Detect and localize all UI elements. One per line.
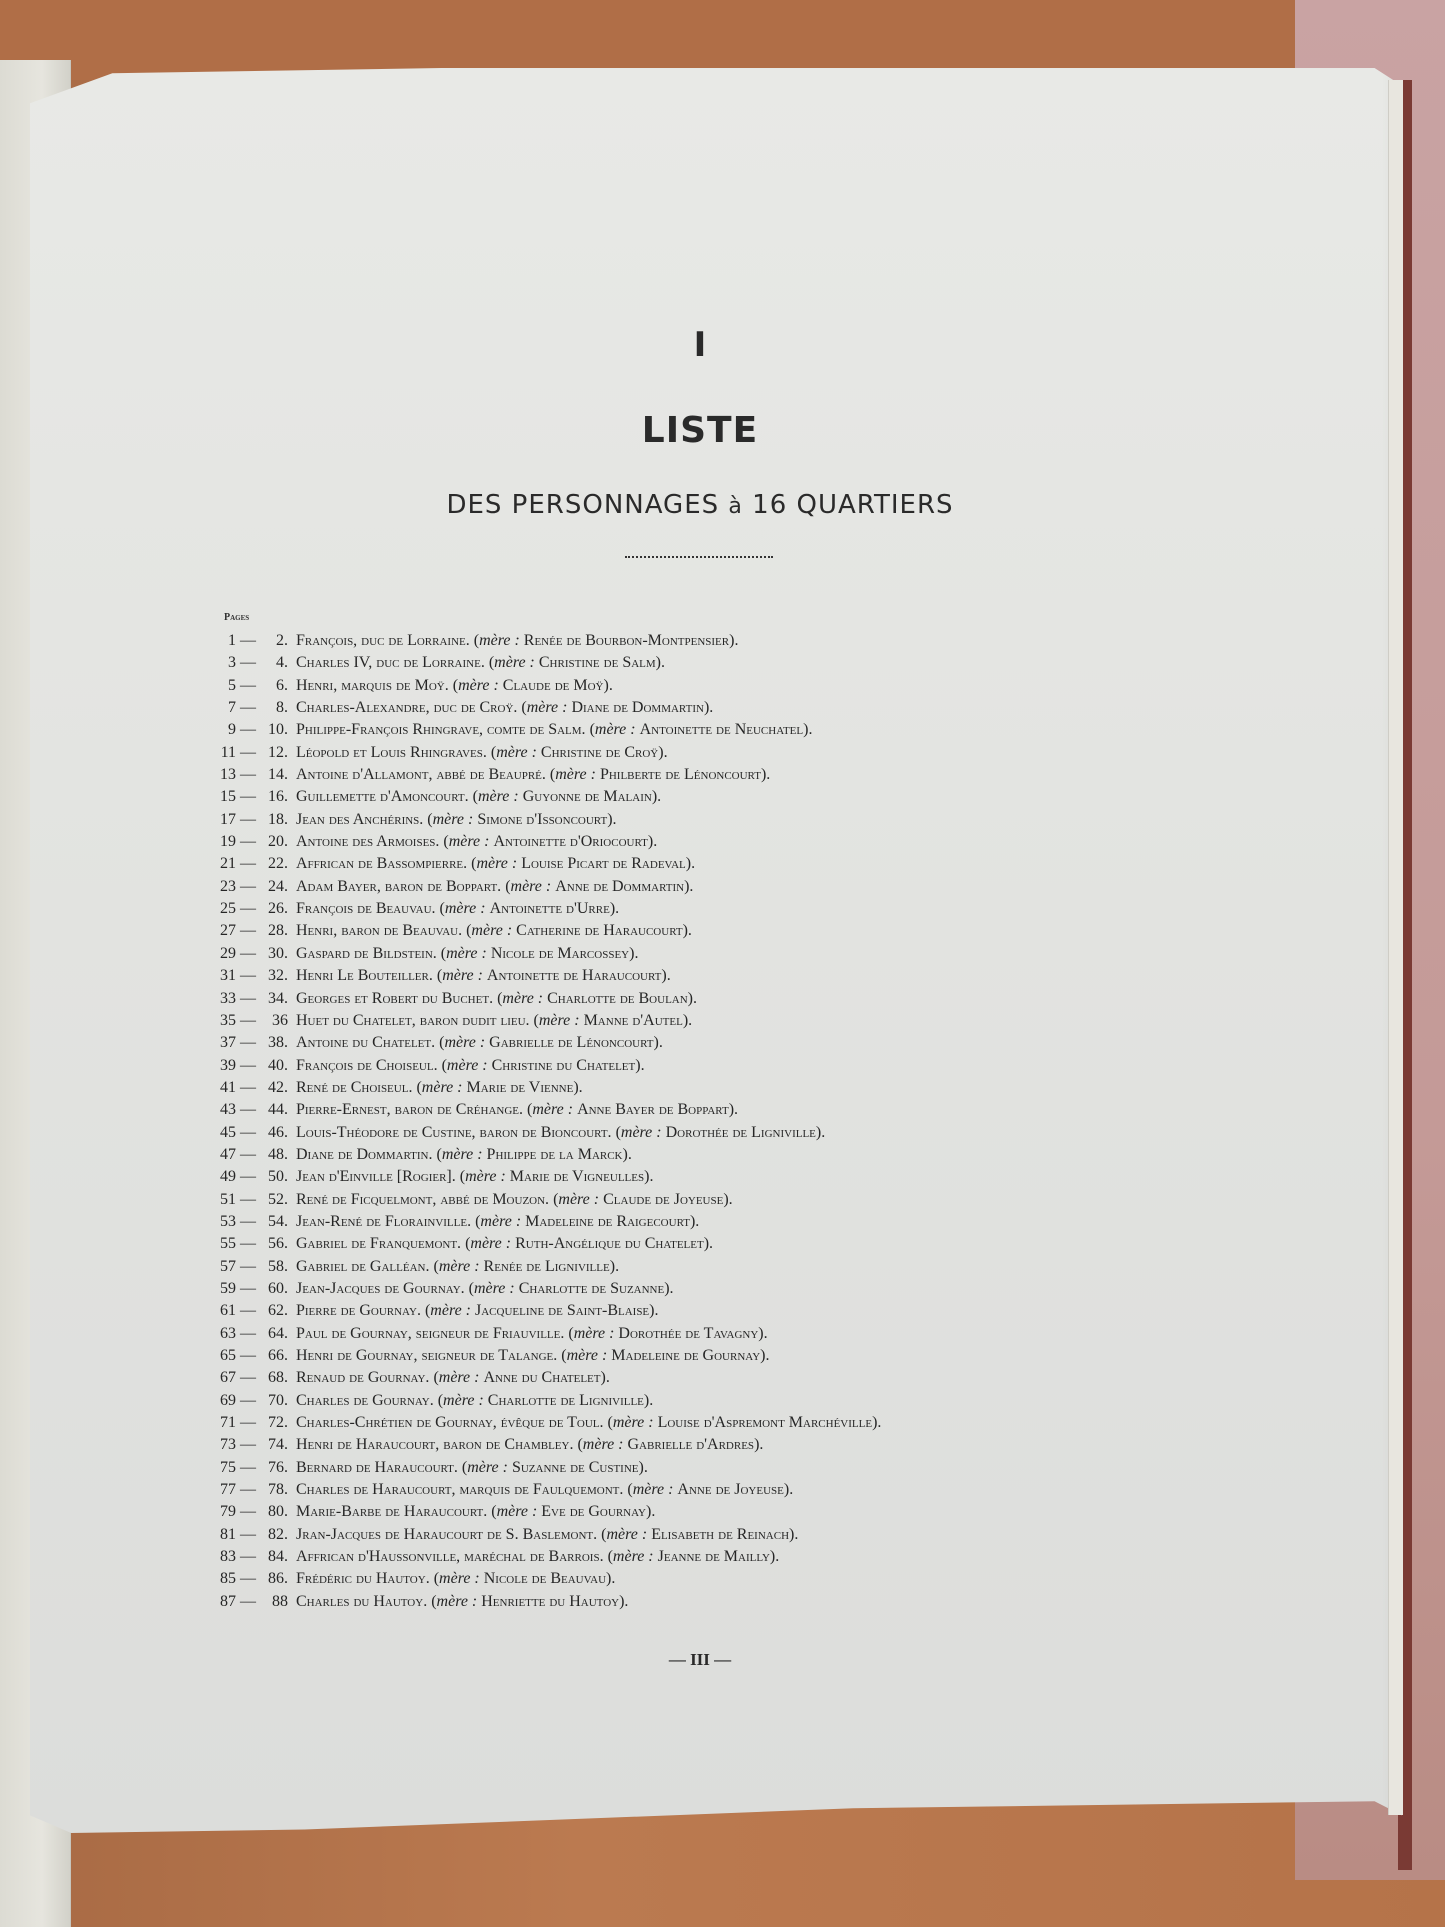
page-start: 49 [204,1166,236,1188]
paren-close: ). [688,990,697,1007]
list-item: 41—42.René de Choiseul. (mère : Marie de… [204,1077,1354,1099]
page-start: 13 [204,764,236,786]
page-dash: — [236,1390,260,1412]
list-item: 87—88Charles du Hautoy. (mère : Henriett… [204,1591,1354,1613]
mother-name: Dorothée de Ligniville [666,1124,816,1141]
person-name: Antoine des Armoises. [296,833,439,850]
person-name: Antoine du Chatelet. [296,1034,435,1051]
page-dash: — [236,1367,260,1389]
page-start: 47 [204,1144,236,1166]
page-start: 39 [204,1055,236,1077]
page-start: 81 [204,1524,236,1546]
page-start: 67 [204,1367,236,1389]
mother-label: mère : [511,878,552,895]
mother-label: mère : [433,811,474,828]
paren-close: ). [872,1414,881,1431]
mother-name: Gabrielle de Lénoncourt [489,1034,653,1051]
page-start: 37 [204,1032,236,1054]
person-name: Adam Bayer, baron de Boppart. [296,878,501,895]
mother-label: mère : [502,990,543,1007]
mother-name: Christine de Salm [539,654,656,671]
paren-close: ). [686,855,695,872]
page-dash: — [236,1233,260,1255]
list-item: 23—24.Adam Bayer, baron de Boppart. (mèr… [204,876,1354,898]
list-item: 61—62.Pierre de Gournay. (mère : Jacquel… [204,1300,1354,1322]
page-end: 54. [260,1211,288,1233]
person-name: Jean des Anchérins. [296,811,423,828]
paren-close: ). [729,632,738,649]
mother-label: mère : [583,1436,624,1453]
person-name: René de Choiseul. [296,1079,412,1096]
mother-name: Diane de Dommartin [571,699,704,716]
paren-close: ). [639,1459,648,1476]
paren-close: ). [646,1503,655,1520]
page-number: — III — [0,1650,1400,1670]
page-dash: — [236,697,260,719]
mother-label: mère : [539,1012,580,1029]
mother-label: mère : [613,1548,654,1565]
mother-name: Renée de Ligniville [484,1258,610,1275]
paren-close: ). [623,1146,632,1163]
page-start: 33 [204,988,236,1010]
paren-close: ). [600,1369,609,1386]
mother-name: Gabrielle d'Ardres [628,1436,755,1453]
paren-close: ). [704,1235,713,1252]
mother-name: Antoinette d'Urre [490,900,610,917]
page-end: 30. [260,943,288,965]
page-start: 31 [204,965,236,987]
list-item: 25—26.François de Beauvau. (mère : Antoi… [204,898,1354,920]
mother-name: Manne d'Autel [584,1012,683,1029]
mother-name: Simone d'Issoncourt [477,811,607,828]
paren-close: ). [610,900,619,917]
person-name: Henri, marquis de Moÿ. [296,677,449,694]
mother-name: Guyonne de Malain [523,788,652,805]
page-end: 76. [260,1457,288,1479]
person-name: Charles-Chrétien de Gournay, évêque de T… [296,1414,604,1431]
paren-close: ). [729,1101,738,1118]
list-item: 31—32.Henri Le Bouteiller. (mère : Antoi… [204,965,1354,987]
person-name: Marie-Barbe de Haraucourt. [296,1503,487,1520]
page-end: 70. [260,1390,288,1412]
mother-name: Claude de Moÿ [503,677,604,694]
page-start: 77 [204,1479,236,1501]
person-name: Paul de Gournay, seigneur de Friauville. [296,1325,564,1342]
paren-close: ). [754,1436,763,1453]
mother-name: Elisabeth de Reinach [651,1526,789,1543]
paren-close: ). [758,1325,767,1342]
page-end: 44. [260,1099,288,1121]
page-end: 46. [260,1122,288,1144]
paren-close: ). [573,1079,582,1096]
mother-name: Louise d'Aspremont Marchéville [658,1414,873,1431]
mother-name: Anne du Chatelet [483,1369,600,1386]
mother-name: Henriette du Hautoy [481,1593,619,1610]
page-start: 87 [204,1591,236,1613]
mother-name: Dorothée de Tavagny [618,1325,758,1342]
list-item: 47—48.Diane de Dommartin. (mère : Philip… [204,1144,1354,1166]
person-name: Philippe-François Rhingrave, comte de Sa… [296,721,586,738]
mother-label: mère : [527,699,568,716]
page-end: 12. [260,742,288,764]
list-item: 63—64.Paul de Gournay, seigneur de Friau… [204,1323,1354,1345]
subtitle-part2: 16 QUARTIERS [752,490,953,520]
mother-label: mère : [479,632,520,649]
mother-label: mère : [497,1503,538,1520]
page-dash: — [236,630,260,652]
mother-label: mère : [633,1481,674,1498]
page-end: 62. [260,1300,288,1322]
paren-close: ). [644,1168,653,1185]
page-start: 25 [204,898,236,920]
page-dash: — [236,1323,260,1345]
mother-name: Catherine de Haraucourt [516,922,682,939]
page-dash: — [236,764,260,786]
list-item: 51—52.René de Ficquelmont, abbé de Mouzo… [204,1189,1354,1211]
page-dash: — [236,898,260,920]
page-end: 72. [260,1412,288,1434]
paren-close: ). [704,699,713,716]
mother-label: mère : [480,1213,521,1230]
page-start: 53 [204,1211,236,1233]
list-item: 85—86.Frédéric du Hautoy. (mère : Nicole… [204,1568,1354,1590]
page-end: 14. [260,764,288,786]
page-end: 18. [260,809,288,831]
mother-label: mère : [439,1258,480,1275]
page-start: 65 [204,1345,236,1367]
page-end: 78. [260,1479,288,1501]
page-dash: — [236,786,260,808]
page-start: 27 [204,920,236,942]
mother-name: Charlotte de Boulan [547,990,688,1007]
page-end: 34. [260,988,288,1010]
page-start: 71 [204,1412,236,1434]
page-start: 29 [204,943,236,965]
page-start: 23 [204,876,236,898]
page-end: 22. [260,853,288,875]
page-start: 85 [204,1568,236,1590]
page-end: 40. [260,1055,288,1077]
page-start: 11 [204,742,236,764]
mother-name: Nicole de Marcossey [491,945,629,962]
mother-name: Claude de Joyeuse [603,1191,723,1208]
page-start: 51 [204,1189,236,1211]
list-item: 1—2.François, duc de Lorraine. (mère : R… [204,630,1354,652]
mother-name: Philberte de Lénoncourt [600,766,761,783]
mother-label: mère : [478,788,519,805]
person-name: Gabriel de Galléan. [296,1258,429,1275]
person-name: François de Choiseul. [296,1057,438,1074]
list-item: 77—78.Charles de Haraucourt, marquis de … [204,1479,1354,1501]
page-end: 84. [260,1546,288,1568]
list-item: 21—22.Affrican de Bassompierre. (mère : … [204,853,1354,875]
page-title: LISTE [0,410,1400,451]
page-end: 58. [260,1256,288,1278]
list-item: 15—16.Guillemette d'Amoncourt. (mère : G… [204,786,1354,808]
page-start: 79 [204,1501,236,1523]
page-dash: — [236,1032,260,1054]
paren-close: ). [607,811,616,828]
paren-close: ). [683,1012,692,1029]
mother-label: mère : [494,654,535,671]
person-name: Pierre-Ernest, baron de Créhange. [296,1101,523,1118]
person-name: Gaspard de Bildstein. [296,945,437,962]
paren-close: ). [654,1034,663,1051]
person-name: Gabriel de Franquemont. [296,1235,461,1252]
page-dash: — [236,1166,260,1188]
page-dash: — [236,1568,260,1590]
page-start: 15 [204,786,236,808]
page-content: I LISTE DES PERSONNAGES à 16 QUARTIERS P… [0,0,1445,1927]
mother-label: mère : [474,1280,515,1297]
page-end: 16. [260,786,288,808]
page-end: 88 [260,1591,288,1613]
mother-name: Eve de Gournay [541,1503,646,1520]
mother-label: mère : [532,1101,573,1118]
mother-label: mère : [555,766,596,783]
mother-name: Nicole de Beauvau [484,1570,606,1587]
page-dash: — [236,1055,260,1077]
mother-label: mère : [437,1593,478,1610]
list-item: 65—66.Henri de Gournay, seigneur de Tala… [204,1345,1354,1367]
list-item: 83—84.Affrican d'Haussonville, maréchal … [204,1546,1354,1568]
mother-name: Marie de Vigneulles [510,1168,644,1185]
page-dash: — [236,1278,260,1300]
list-item: 59—60.Jean-Jacques de Gournay. (mère : C… [204,1278,1354,1300]
paren-close: ). [649,1302,658,1319]
page-dash: — [236,742,260,764]
paren-close: ). [723,1191,732,1208]
mother-label: mère : [476,855,517,872]
paren-close: ). [664,1280,673,1297]
person-name: Henri de Gournay, seigneur de Talange. [296,1347,557,1364]
mother-name: Antoinette d'Oriocourt [493,833,647,850]
page-start: 5 [204,675,236,697]
page-end: 66. [260,1345,288,1367]
list-item: 9—10.Philippe-François Rhingrave, comte … [204,719,1354,741]
mother-label: mère : [445,900,486,917]
list-item: 29—30.Gaspard de Bildstein. (mère : Nico… [204,943,1354,965]
page-start: 43 [204,1099,236,1121]
page-end: 52. [260,1189,288,1211]
mother-name: Charlotte de Ligniville [488,1392,644,1409]
page-dash: — [236,853,260,875]
paren-close: ). [789,1526,798,1543]
page-dash: — [236,1122,260,1144]
person-name: Bernard de Haraucourt. [296,1459,458,1476]
person-name: Charles du Hautoy. [296,1593,427,1610]
person-name: René de Ficquelmont, abbé de Mouzon. [296,1191,549,1208]
page-start: 55 [204,1233,236,1255]
page-end: 86. [260,1568,288,1590]
person-name: Henri, baron de Beauvau. [296,922,462,939]
mother-name: Louise Picart de Radeval [521,855,686,872]
list-item: 45—46.Louis-Théodore de Custine, baron d… [204,1122,1354,1144]
person-name: Guillemette d'Amoncourt. [296,788,469,805]
mother-name: Philippe de la Marck [487,1146,623,1163]
mother-name: Madeleine de Raigecourt [525,1213,690,1230]
page-start: 83 [204,1546,236,1568]
mother-label: mère : [574,1325,615,1342]
page-end: 74. [260,1434,288,1456]
decorative-rule [625,556,773,558]
paren-close: ). [656,654,665,671]
page-dash: — [236,1345,260,1367]
page-end: 8. [260,697,288,719]
page-end: 80. [260,1501,288,1523]
subtitle-a: à [728,494,742,519]
paren-close: ). [652,788,661,805]
list-item: 5—6.Henri, marquis de Moÿ. (mère : Claud… [204,675,1354,697]
page-end: 2. [260,630,288,652]
person-name: Charles-Alexandre, duc de Croÿ. [296,699,517,716]
page-end: 20. [260,831,288,853]
mother-name: Jacqueline de Saint-Blaise [475,1302,649,1319]
mother-name: Anne de Dommartin [555,878,684,895]
list-item: 81—82.Jran-Jacques de Haraucourt de S. B… [204,1524,1354,1546]
page-end: 48. [260,1144,288,1166]
page-dash: — [236,1099,260,1121]
page-start: 21 [204,853,236,875]
person-name: Huet du Chatelet, baron dudit lieu. [296,1012,530,1029]
list-item: 53—54.Jean-René de Florainville. (mère :… [204,1211,1354,1233]
person-name: Antoine d'Allamont, abbé de Beaupré. [296,766,546,783]
person-name: François, duc de Lorraine. [296,632,470,649]
person-name: Jean d'Einville [Rogier]. [296,1168,456,1185]
paren-close: ). [684,878,693,895]
mother-label: mère : [613,1414,654,1431]
page-start: 57 [204,1256,236,1278]
list-item: 7—8.Charles-Alexandre, duc de Croÿ. (mèr… [204,697,1354,719]
page-end: 50. [260,1166,288,1188]
paren-close: ). [658,744,667,761]
list-item: 71—72.Charles-Chrétien de Gournay, évêqu… [204,1412,1354,1434]
mother-name: Renée de Bourbon-Montpensier [524,632,729,649]
mother-label: mère : [430,1302,471,1319]
pages-column-label: Pages [224,612,249,623]
page-dash: — [236,675,260,697]
page-start: 9 [204,719,236,741]
mother-label: mère : [443,1392,484,1409]
list-item: 17—18.Jean des Anchérins. (mère : Simone… [204,809,1354,831]
page-dash: — [236,1010,260,1032]
page-dash: — [236,920,260,942]
page-dash: — [236,1256,260,1278]
mother-name: Christine de Croÿ [541,744,658,761]
list-item: 27—28.Henri, baron de Beauvau. (mère : C… [204,920,1354,942]
page-dash: — [236,1189,260,1211]
person-name: Léopold et Louis Rhingraves. [296,744,487,761]
page-start: 1 [204,630,236,652]
mother-name: Suzanne de Custine [512,1459,639,1476]
page-end: 28. [260,920,288,942]
mother-name: Christine du Chatelet [492,1057,636,1074]
paren-close: ). [648,833,657,850]
mother-label: mère : [449,833,490,850]
paren-close: ). [760,1347,769,1364]
mother-label: mère : [446,945,487,962]
page-dash: — [236,831,260,853]
list-item: 49—50.Jean d'Einville [Rogier]. (mère : … [204,1166,1354,1188]
paren-close: ). [619,1593,628,1610]
page-dash: — [236,1524,260,1546]
list-item: 19—20.Antoine des Armoises. (mère : Anto… [204,831,1354,853]
paren-close: ). [610,1258,619,1275]
mother-name: Anne de Joyeuse [677,1481,783,1498]
page-dash: — [236,1434,260,1456]
person-name: Henri Le Bouteiller. [296,967,433,984]
page-end: 38. [260,1032,288,1054]
list-item: 75—76.Bernard de Haraucourt. (mère : Suz… [204,1457,1354,1479]
page-start: 69 [204,1390,236,1412]
paren-close: ). [644,1392,653,1409]
person-name: Jran-Jacques de Haraucourt de S. Baslemo… [296,1526,597,1543]
mother-label: mère : [442,1146,483,1163]
paren-close: ). [604,677,613,694]
paren-close: ). [606,1570,615,1587]
list-item: 11—12.Léopold et Louis Rhingraves. (mère… [204,742,1354,764]
mother-name: Madeleine de Gournay [611,1347,760,1364]
page-dash: — [236,988,260,1010]
page-start: 7 [204,697,236,719]
subtitle-part1: DES PERSONNAGES [446,490,719,520]
person-name: Diane de Dommartin. [296,1146,433,1163]
mother-name: Anne Bayer de Boppart [577,1101,729,1118]
mother-name: Antoinette de Neuchatel [640,721,804,738]
mother-label: mère : [471,922,512,939]
mother-label: mère : [467,1459,508,1476]
mother-label: mère : [439,1570,480,1587]
person-name: Charles IV, duc de Lorraine. [296,654,485,671]
page-dash: — [236,1077,260,1099]
page-end: 60. [260,1278,288,1300]
page-end: 42. [260,1077,288,1099]
person-name: Charles de Gournay. [296,1392,434,1409]
page-dash: — [236,965,260,987]
paren-close: ). [690,1213,699,1230]
paren-close: ). [803,721,812,738]
page-dash: — [236,1300,260,1322]
mother-name: Ruth-Angélique du Chatelet [515,1235,704,1252]
page-start: 73 [204,1434,236,1456]
page-end: 56. [260,1233,288,1255]
page-dash: — [236,1144,260,1166]
mother-label: mère : [442,967,483,984]
page-start: 41 [204,1077,236,1099]
page-end: 32. [260,965,288,987]
page-dash: — [236,943,260,965]
mother-label: mère : [447,1057,488,1074]
page-dash: — [236,1211,260,1233]
person-name: Jean-Jacques de Gournay. [296,1280,465,1297]
page-start: 59 [204,1278,236,1300]
list-item: 69—70.Charles de Gournay. (mère : Charlo… [204,1390,1354,1412]
page-dash: — [236,652,260,674]
mother-name: Charlotte de Suzanne [519,1280,665,1297]
person-name: François de Beauvau. [296,900,436,917]
page-start: 19 [204,831,236,853]
person-name: Georges et Robert du Buchet. [296,990,493,1007]
page-dash: — [236,1546,260,1568]
page-start: 45 [204,1122,236,1144]
page-end: 36 [260,1010,288,1032]
page-end: 6. [260,675,288,697]
person-name: Henri de Haraucourt, baron de Chambley. [296,1436,573,1453]
mother-label: mère : [558,1191,599,1208]
list-item: 35—36Huet du Chatelet, baron dudit lieu.… [204,1010,1354,1032]
mother-name: Jeanne de Mailly [658,1548,770,1565]
person-name: Charles de Haraucourt, marquis de Faulqu… [296,1481,623,1498]
